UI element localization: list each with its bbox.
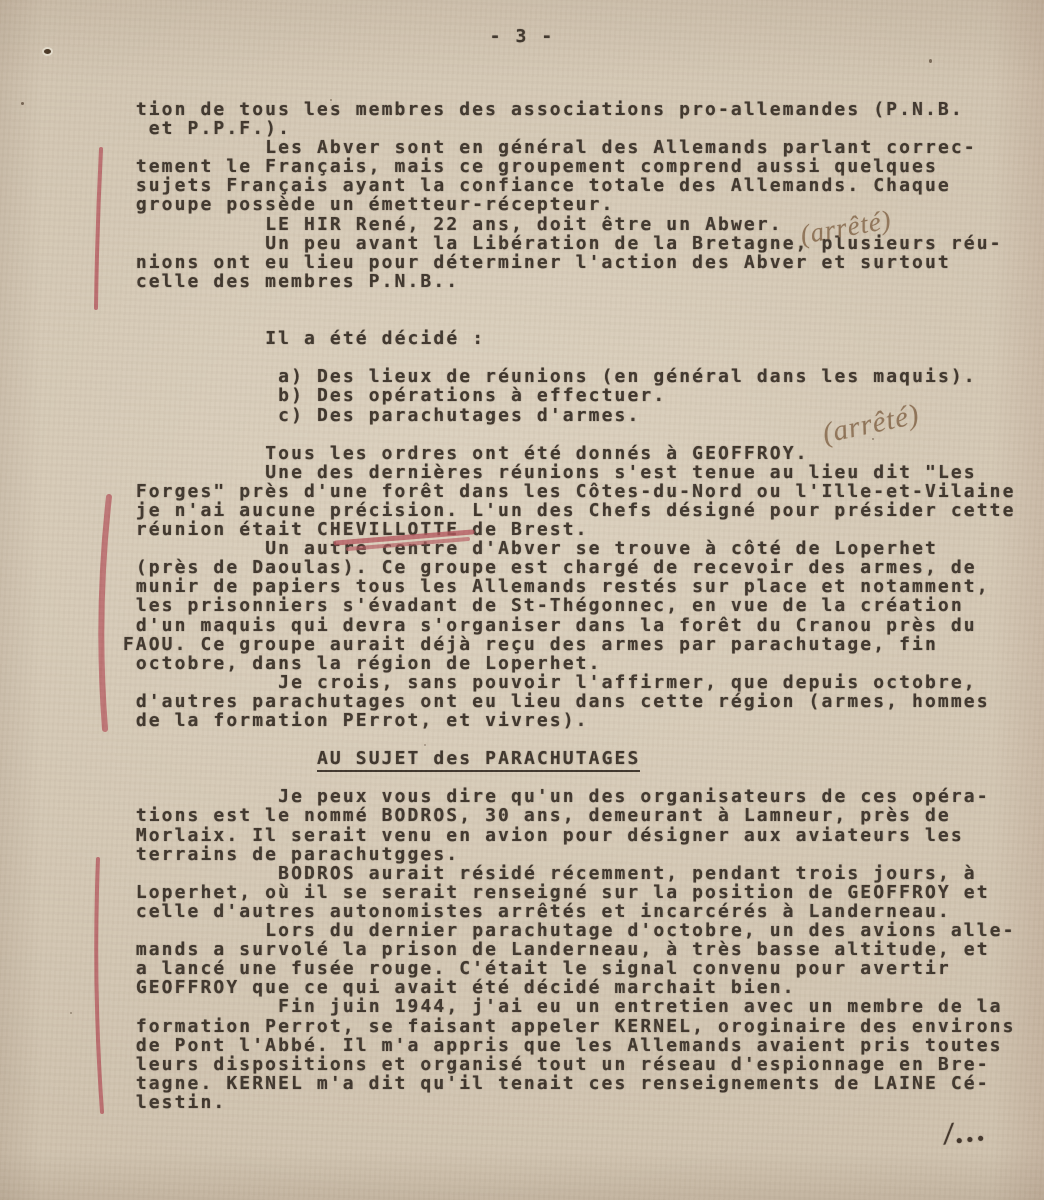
text-line: Forges" près d'une forêt dans les Côtes-… [97,482,1037,501]
text-line [97,310,1037,329]
text-line: nions ont eu lieu pour déterminer l'acti… [97,253,1037,272]
text-line: et P.P.F.). [97,119,1037,138]
text-line: de la formation PErrot, et vivres). [97,711,1037,730]
continuation-mark: /... [942,1112,989,1152]
typewritten-text: tion de tous les membres des association… [97,100,1037,1112]
text-line: tions est le nommé BODROS, 30 ans, demeu… [97,806,1037,825]
text-line: Je crois, sans pouvoir l'affirmer, que d… [97,673,1037,692]
text-line [97,348,1037,367]
text-line: celle d'autres autonomistes arrêtés et i… [97,902,1037,921]
text-line: Une des dernières réunions s'est tenue a… [97,463,1037,482]
text-line: tion de tous les membres des association… [97,100,1037,119]
text-line: GEOFFROY que ce qui avait été décidé mar… [97,978,1037,997]
text-line: AU SUJET des PARACHUTAGES [97,749,1037,768]
text-line: Il a été décidé : [97,329,1037,348]
text-line: a lancé une fusée rouge. C'était le sign… [97,959,1037,978]
text-line: je n'ai aucune précision. L'un des Chefs… [97,501,1037,520]
text-line: munir de papiers tous les Allemands rest… [97,577,1037,596]
text-line: Les Abver sont en général des Allemands … [97,138,1037,157]
ink-speck [70,1012,72,1014]
text-line: Tous les ordres ont été donnés à GEOFFRO… [97,444,1037,463]
ink-speck [21,102,24,105]
text-line: Fin juin 1944, j'ai eu un entretien avec… [97,997,1037,1016]
text-line: Loperhet, où il se serait renseigné sur … [97,883,1037,902]
text-line: Morlaix. Il serait venu en avion pour dé… [97,826,1037,845]
text-line: BODROS aurait résidé récemment, pendant … [97,864,1037,883]
text-line: celle des membres P.N.B.. [97,272,1037,291]
ink-speck [424,744,426,746]
text-line: groupe possède un émetteur-récepteur. [97,195,1037,214]
ink-speck [330,99,332,101]
text-line [97,291,1037,310]
text-line: d'autres parachutages ont eu lieu dans c… [97,692,1037,711]
text-line: terrains de parachutgges. [97,845,1037,864]
text-line: FAOU. Ce groupe aurait déjà reçu des arm… [97,635,1037,654]
text-line: tement le Français, mais ce groupement c… [97,157,1037,176]
ink-speck [929,59,932,63]
text-line: leurs dispositions et organisé tout un r… [97,1055,1037,1074]
document-page: - 3 - tion de tous les membres des assoc… [0,0,1044,1200]
text-line: Je peux vous dire qu'un des organisateur… [97,787,1037,806]
text-line: lestin. [97,1093,1037,1112]
text-line: formation Perrot, se faisant appeler KER… [97,1017,1037,1036]
text-line: Un autre centre d'Abver se trouve à côté… [97,539,1037,558]
text-line: tagne. KERNEL m'a dit qu'il tenait ces r… [97,1074,1037,1093]
text-line: réunion était CHEVILLOTTE de Brest. [97,520,1037,539]
text-line: Lors du dernier parachutage d'octobre, u… [97,921,1037,940]
text-line: mands a survolé la prison de Landerneau,… [97,940,1037,959]
text-line: de Pont l'Abbé. Il m'a appris que les Al… [97,1036,1037,1055]
ink-speck [872,438,874,440]
text-line: LE HIR René, 22 ans, doit être un Abwer. [97,215,1037,234]
text-line: a) Des lieux de réunions (en général dan… [97,367,1037,386]
text-line: d'un maquis qui devra s'organiser dans l… [97,616,1037,635]
section-heading: AU SUJET des PARACHUTAGES [317,748,640,772]
ink-speck [44,49,51,54]
page-number: - 3 - [0,26,1044,47]
text-line: sujets Français ayant la confiance total… [97,176,1037,195]
text-line: Un peu avant la Libération de la Bretagn… [97,234,1037,253]
text-line: octobre, dans la région de Loperhet. [97,654,1037,673]
text-line: les prisonniers s'évadant de St-Thégonne… [97,596,1037,615]
text-line: (près de Daoulas). Ce groupe est chargé … [97,558,1037,577]
text-line [97,730,1037,749]
